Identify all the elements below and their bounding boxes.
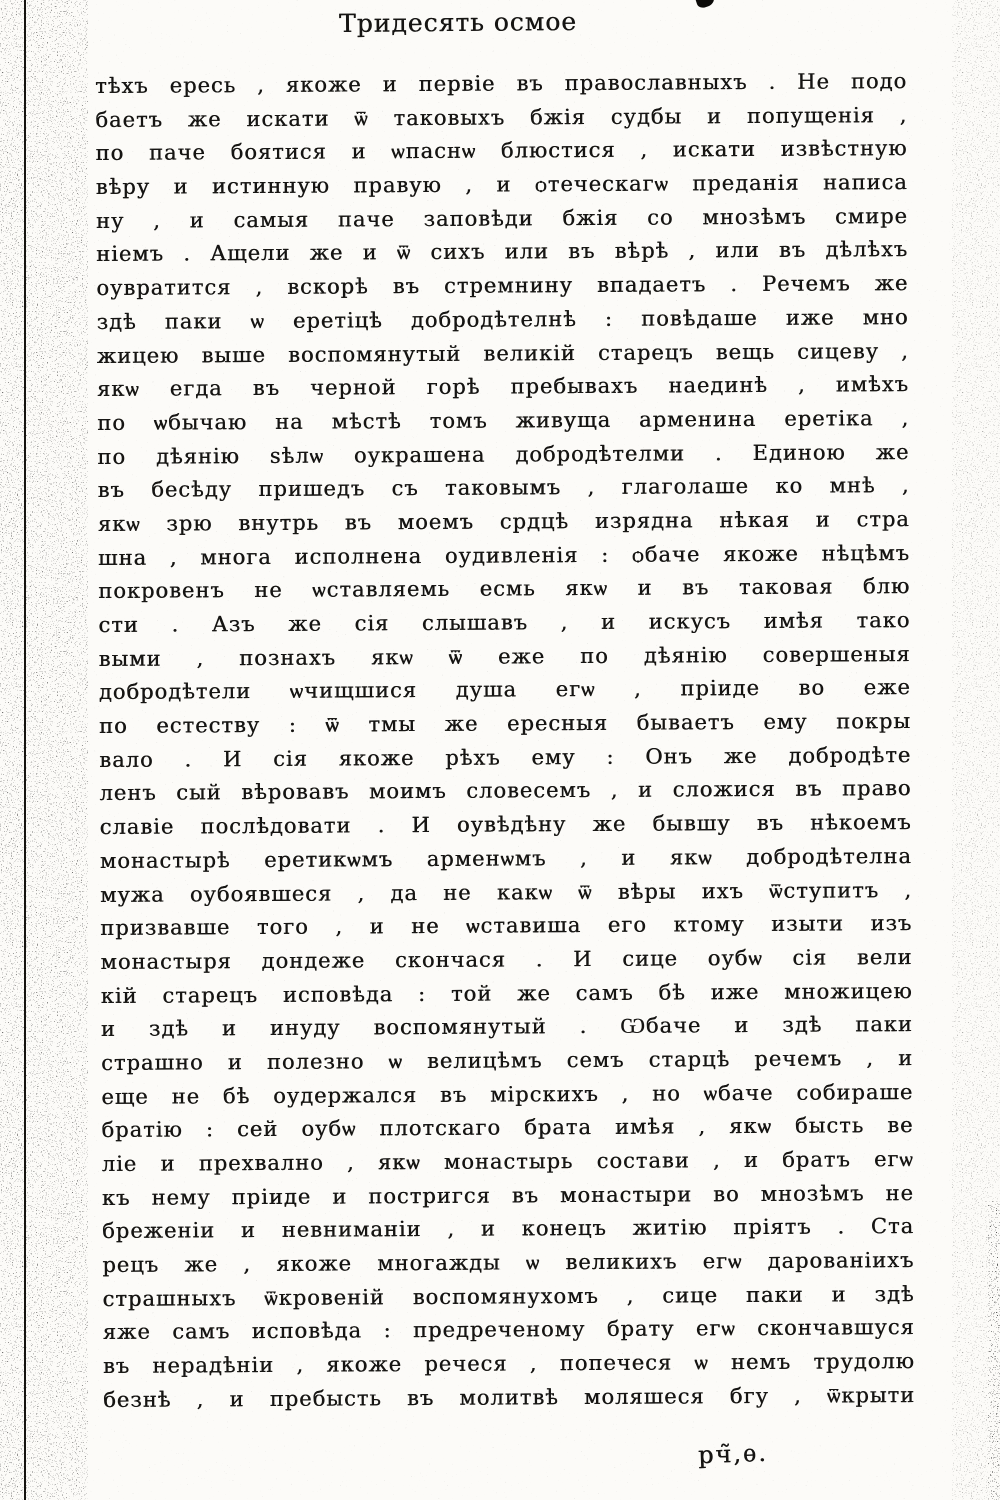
text-line: ліе и прехвално , якѡ монастырь состави …	[102, 1143, 914, 1182]
text-line: яже самъ исповѣда : предреченому брату е…	[103, 1311, 915, 1350]
text-line: призвавше того , и не ѡставиша его ктому…	[100, 907, 912, 946]
scan-artifact-mark	[694, 0, 716, 9]
text-line: кій старецъ исповѣда : той же самъ бѣ иж…	[101, 975, 913, 1014]
text-line: покровенъ не ѡставляемь есмь якѡ и въ та…	[98, 570, 910, 609]
text-line: ленъ сый вѣровавъ моимъ словесемъ , и сл…	[99, 772, 911, 811]
text-line: славіе послѣдовати . И оувѣдѣну же бывшу…	[100, 806, 912, 845]
text-line: братію : сей оубѡ плотскаго брата имѣя ,…	[101, 1109, 913, 1148]
text-line: здѣ паки ѡ еретіцѣ добродѣтелнѣ : повѣда…	[96, 301, 908, 340]
text-line: и здѣ и инуду воспомянутый . Ѡбаче и здѣ…	[101, 1008, 913, 1047]
binding-line	[24, 0, 26, 1500]
text-line: монастырѣ еретикѡмъ арменѡмъ , и якѡ доб…	[100, 840, 912, 879]
text-line: вѣру и истинную правую , и ѻтеческагѡ пр…	[96, 166, 908, 205]
text-line: баетъ же искати ѿ таковыхъ бжія судбы и …	[95, 99, 907, 138]
text-line: бреженіи и невниманіи , и конецъ житію п…	[102, 1210, 914, 1249]
running-title: Тридесять осмое	[338, 7, 578, 38]
text-line: въ нерадѣніи , якоже речеся , попечеся ѡ…	[103, 1345, 915, 1384]
text-line: якѡ егда въ черной горѣ пребывахъ наедин…	[97, 368, 909, 407]
text-line: еще не бѣ оудержался въ мірскихъ , но ѡб…	[101, 1076, 913, 1115]
text-line: якѡ зрю внутрь въ моемъ срдцѣ изрядна нѣ…	[98, 503, 910, 542]
page-signature: рч̃,ѳ.	[698, 1439, 769, 1469]
text-line: безнѣ , и пребысть въ молитвѣ моляшеся б…	[103, 1379, 915, 1418]
text-line: монастыря дондеже скончася . И сице оубѡ…	[100, 941, 912, 980]
text-line: оувратится , вскорѣ въ стремнину впадает…	[96, 267, 908, 306]
text-line: тѣхъ ересь , якоже и первіе въ православ…	[95, 65, 907, 104]
text-line: по ѡбычаю на мѣстѣ томъ живуща арменина …	[97, 402, 909, 441]
text-line: къ нему пріиде и постригся въ монастыри …	[102, 1177, 914, 1216]
text-line: страшныхъ ѿкровеній воспомянухомъ , сице…	[102, 1278, 914, 1317]
text-line: выми , познахъ якѡ ѿ еже по дѣянію совер…	[98, 638, 910, 677]
text-line: жицею выше воспомянутый великій старецъ …	[97, 335, 909, 374]
text-line: шна , многа исполнена оудивленія : ѻбаче…	[98, 537, 910, 576]
body-text: тѣхъ ересь , якоже и первіе въ православ…	[95, 65, 915, 1417]
text-line: по естеству : ѿ тмы же ересныя бываетъ е…	[99, 705, 911, 744]
text-line: мужа оубоявшеся , да не какѡ ѿ вѣры ихъ …	[100, 874, 912, 913]
text-line: сти . Азъ же сія слышавъ , и искусъ имѣя…	[98, 604, 910, 643]
text-line: ніемъ . Ащели же и ѿ сихъ или въ вѣрѣ , …	[96, 233, 908, 272]
text-line: по дѣянію ѕѣлѡ оукрашена добродѣтелми . …	[97, 436, 909, 475]
text-line: ну , и самыя паче заповѣди бжія со мнозѣ…	[96, 200, 908, 239]
text-line: страшно и полезно ѡ велицѣмъ семъ старцѣ…	[101, 1042, 913, 1081]
scanned-page: Тридесять осмое тѣхъ ересь , якоже и пер…	[0, 0, 1000, 1500]
text-line: вало . И сія якоже рѣхъ ему : Онъ же доб…	[99, 739, 911, 778]
text-line: рецъ же , якоже многажды ѡ великихъ егѡ …	[102, 1244, 914, 1283]
text-line: по паче боятися и ѡпаснѡ блюстися , иска…	[95, 132, 907, 171]
text-line: въ бесѣду пришедъ съ таковымъ , глаголаш…	[97, 469, 909, 508]
text-line: добродѣтели ѡчищшися душа егѡ , пріиде в…	[99, 671, 911, 710]
